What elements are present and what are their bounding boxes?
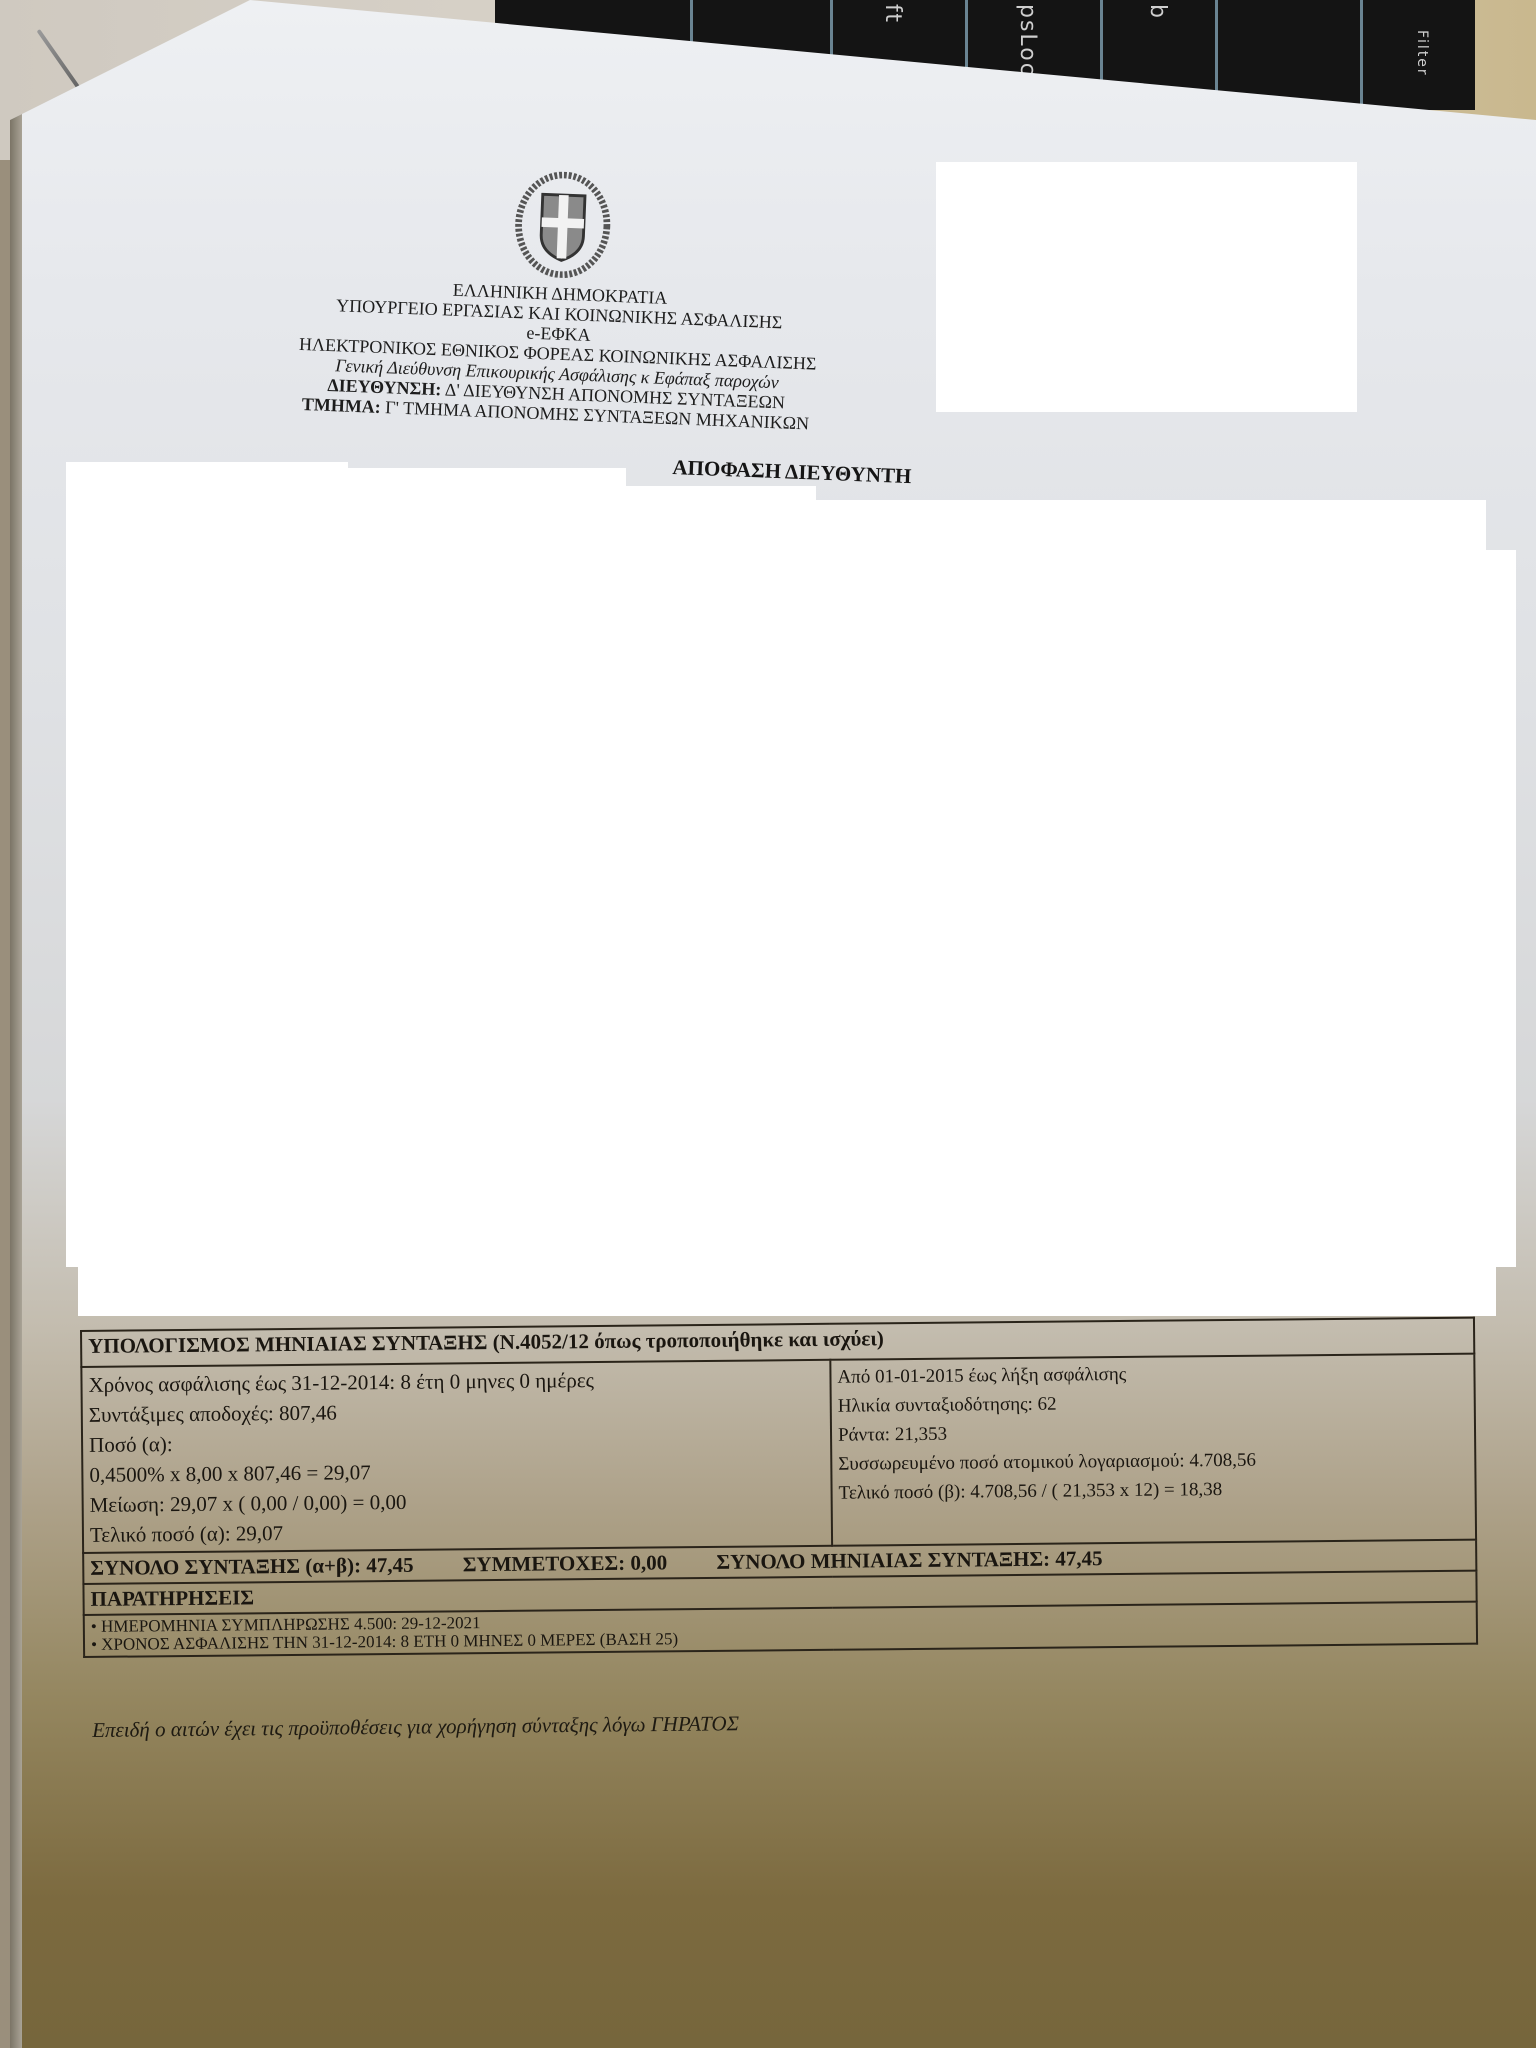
- binder-label: psLoc: [1015, 4, 1040, 77]
- department-label: ΤΜΗΜΑ:: [301, 394, 381, 417]
- contributions-total: ΣΥΜΜΕΤΟΧΕΣ: 0,00: [463, 1550, 668, 1576]
- redaction-box: [78, 1260, 1496, 1316]
- paper-edge-shadow: [10, 0, 22, 2048]
- calc-left-column: Χρόνος ασφάλισης έως 31-12-2014: 8 έτη 0…: [81, 1360, 832, 1553]
- calculation-title-text: ΥΠΟΛΟΓΙΣΜΟΣ ΜΗΝΙΑΙΑΣ ΣΥΝΤΑΞΗΣ: [88, 1330, 488, 1358]
- binder-divider: [1360, 0, 1363, 110]
- calc-right-column: Από 01-01-2015 έως λήξη ασφάλισης Ηλικία…: [830, 1354, 1476, 1546]
- binder-label: b: [1145, 4, 1170, 20]
- binder-label: Filter: [1414, 30, 1430, 77]
- calculation-law-ref: (Ν.4052/12 όπως τροποποιήθηκε και ισχύει…: [493, 1326, 884, 1354]
- pension-total: ΣΥΝΟΛΟ ΣΥΝΤΑΞΗΣ (α+β): 47,45: [90, 1553, 413, 1580]
- final-amount-b: Τελικό ποσό (β): 4.708,56 / ( 21,353 x 1…: [838, 1473, 1468, 1508]
- binder-label: ft: [880, 4, 905, 24]
- document-header: ΕΛΛΗΝΙΚΗ ΔΗΜΟΚΡΑΤΙΑ ΥΠΟΥΡΓΕΙΟ ΕΡΓΑΣΙΑΣ Κ…: [245, 160, 874, 436]
- redaction-box: [66, 550, 1516, 1267]
- redaction-box: [936, 162, 1357, 412]
- redaction-box: [66, 500, 1486, 552]
- coat-of-arms-icon: [513, 170, 613, 280]
- pension-calculation-table: ΥΠΟΛΟΓΙΣΜΟΣ ΜΗΝΙΑΙΑΣ ΣΥΝΤΑΞΗΣ (Ν.4052/12…: [80, 1317, 1478, 1658]
- final-amount-a: Τελικό ποσό (α): 29,07: [90, 1513, 825, 1550]
- monthly-pension-total: ΣΥΝΟΛΟ ΜΗΝΙΑΙΑΣ ΣΥΝΤΑΞΗΣ: 47,45: [716, 1546, 1102, 1574]
